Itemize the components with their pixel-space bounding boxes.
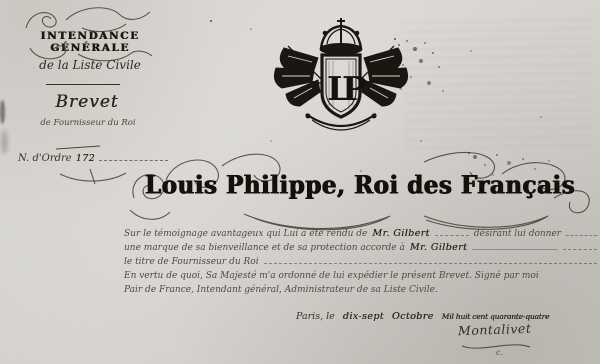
order-divider	[56, 145, 100, 149]
fill-line	[566, 228, 597, 236]
fill-line	[472, 242, 558, 250]
order-number: 172	[76, 153, 95, 164]
printed-text: Sur le témoignage avantageux qui Lui a é…	[124, 229, 367, 239]
body-line-4: En vertu de quoi, Sa Majesté m'a ordonné…	[124, 271, 597, 281]
edge-smudge	[0, 100, 5, 124]
letterhead-divider	[46, 84, 120, 85]
printed-text: désirant lui donner	[474, 229, 561, 239]
order-label: N. d'Ordre	[18, 153, 72, 164]
body-line-1: Sur le témoignage avantageux qui Lui a é…	[124, 228, 597, 239]
royal-coat-of-arms-icon: L P	[266, 16, 416, 142]
letterhead-office-line: de la Liste Civile	[12, 58, 168, 72]
fill-line	[264, 256, 597, 264]
printed-text: une marque de sa bienveillance et de sa …	[124, 243, 405, 253]
royal-title: Louis Philippe, Roi des Français	[126, 171, 594, 200]
printed-text: En vertu de quoi, Sa Majesté m'a ordonné…	[124, 271, 539, 281]
printed-text: Pair de France, Intendant général, Admin…	[124, 285, 438, 295]
paper-showthrough	[401, 16, 593, 149]
signature: Montalivet	[458, 321, 532, 339]
fill-line	[435, 228, 469, 236]
dateline-place: Paris, le	[296, 311, 335, 322]
body-line-2: une marque de sa bienveillance et de sa …	[124, 242, 597, 253]
body-line-3: le titre de Fournisseur du Roi	[124, 256, 597, 267]
body-line-5: Pair de France, Intendant général, Admin…	[124, 285, 597, 295]
printed-text: le titre de Fournisseur du Roi	[124, 257, 259, 267]
monogram-letter-p: P	[342, 69, 367, 108]
dateline-year: Mil huit cent quarante-quatre	[442, 312, 550, 321]
signature-paraph: c.	[496, 348, 503, 357]
dateline-month: Octobre	[392, 311, 434, 322]
handwritten-name: Mr. Gilbert	[372, 228, 429, 239]
handwritten-name: Mr. Gilbert	[410, 242, 467, 253]
paraph-flourish-icon	[58, 168, 130, 186]
royal-title-block: Louis Philippe, Roi des Français	[126, 146, 594, 234]
fill-line	[563, 242, 597, 250]
document-type-subtitle: de Fournisseur du Roi	[8, 118, 168, 128]
brevet-document-photo: Intendance Générale de la Liste Civile B…	[0, 0, 600, 364]
dateline: Paris, le dix-sept Octobre Mil huit cent…	[296, 311, 596, 322]
dateline-day: dix-sept	[343, 311, 384, 322]
ink-speck-scatter	[210, 20, 212, 22]
document-type-title: Brevet	[22, 92, 152, 112]
